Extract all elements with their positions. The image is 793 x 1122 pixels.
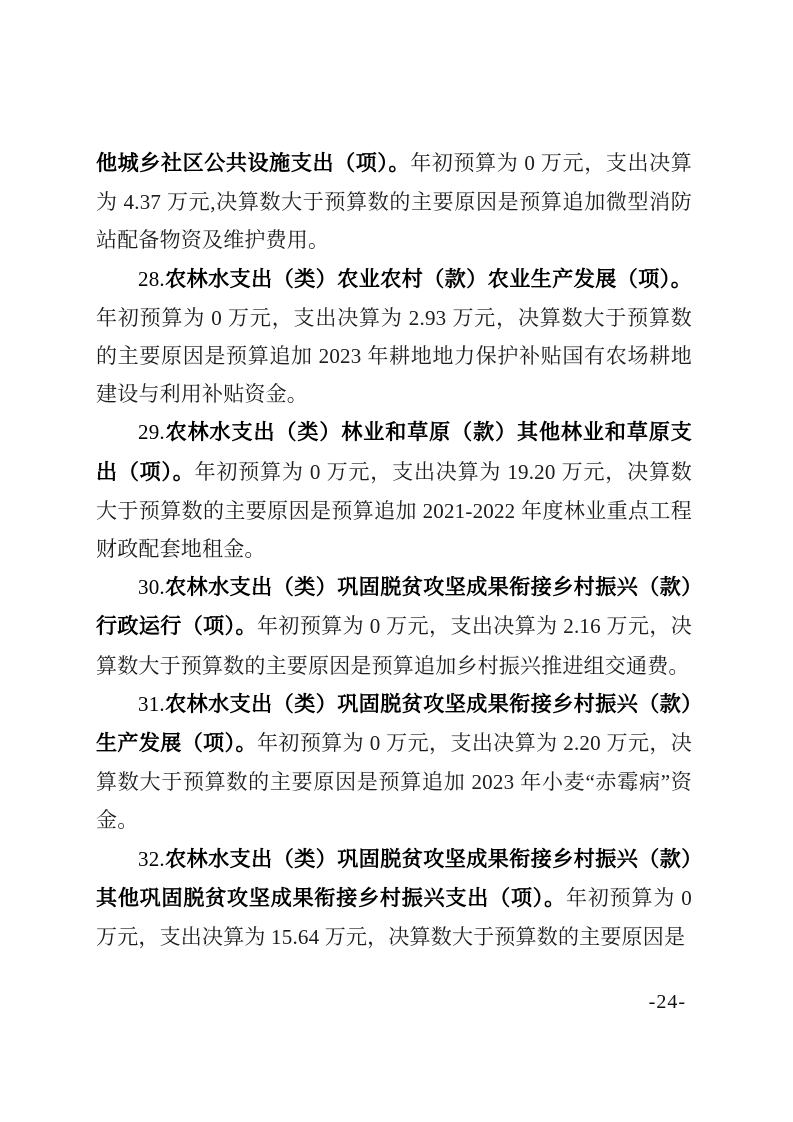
item-number: 32. bbox=[138, 847, 165, 871]
paragraph-item-28: 28.农林水支出（类）农业农村（款）农业生产发展（项）。年初预算为 0 万元，支… bbox=[96, 260, 692, 414]
paragraph-item-30: 30.农林水支出（类）巩固脱贫攻坚成果衔接乡村振兴（款）行政运行（项）。年初预算… bbox=[96, 568, 692, 685]
paragraph-continued: 他城乡社区公共设施支出（项）。年初预算为 0 万元，支出决算为 4.37 万元,… bbox=[96, 144, 692, 260]
document-text-block: 他城乡社区公共设施支出（项）。年初预算为 0 万元，支出决算为 4.37 万元,… bbox=[96, 144, 692, 956]
paragraph-heading: 农林水支出（类）农业农村（款）农业生产发展（项）。 bbox=[165, 268, 692, 291]
paragraph-item-32: 32.农林水支出（类）巩固脱贫攻坚成果衔接乡村振兴（款）其他巩固脱贫攻坚成果衔接… bbox=[96, 840, 692, 957]
item-number: 29. bbox=[138, 420, 165, 444]
page-number: -24- bbox=[649, 991, 686, 1014]
paragraph-body: 年初预算为 0 万元，支出决算为 2.93 万元，决算数大于预算数的主要原因是预… bbox=[96, 306, 692, 406]
item-number: 31. bbox=[138, 692, 165, 716]
item-number: 30. bbox=[138, 575, 165, 599]
paragraph-item-31: 31.农林水支出（类）巩固脱贫攻坚成果衔接乡村振兴（款）生产发展（项）。年初预算… bbox=[96, 685, 692, 840]
paragraph-item-29: 29.农林水支出（类）林业和草原（款）其他林业和草原支出（项）。年初预算为 0 … bbox=[96, 413, 692, 568]
document-page: 他城乡社区公共设施支出（项）。年初预算为 0 万元，支出决算为 4.37 万元,… bbox=[0, 0, 793, 1122]
item-number: 28. bbox=[138, 267, 165, 291]
paragraph-heading: 他城乡社区公共设施支出（项）。 bbox=[96, 152, 410, 175]
